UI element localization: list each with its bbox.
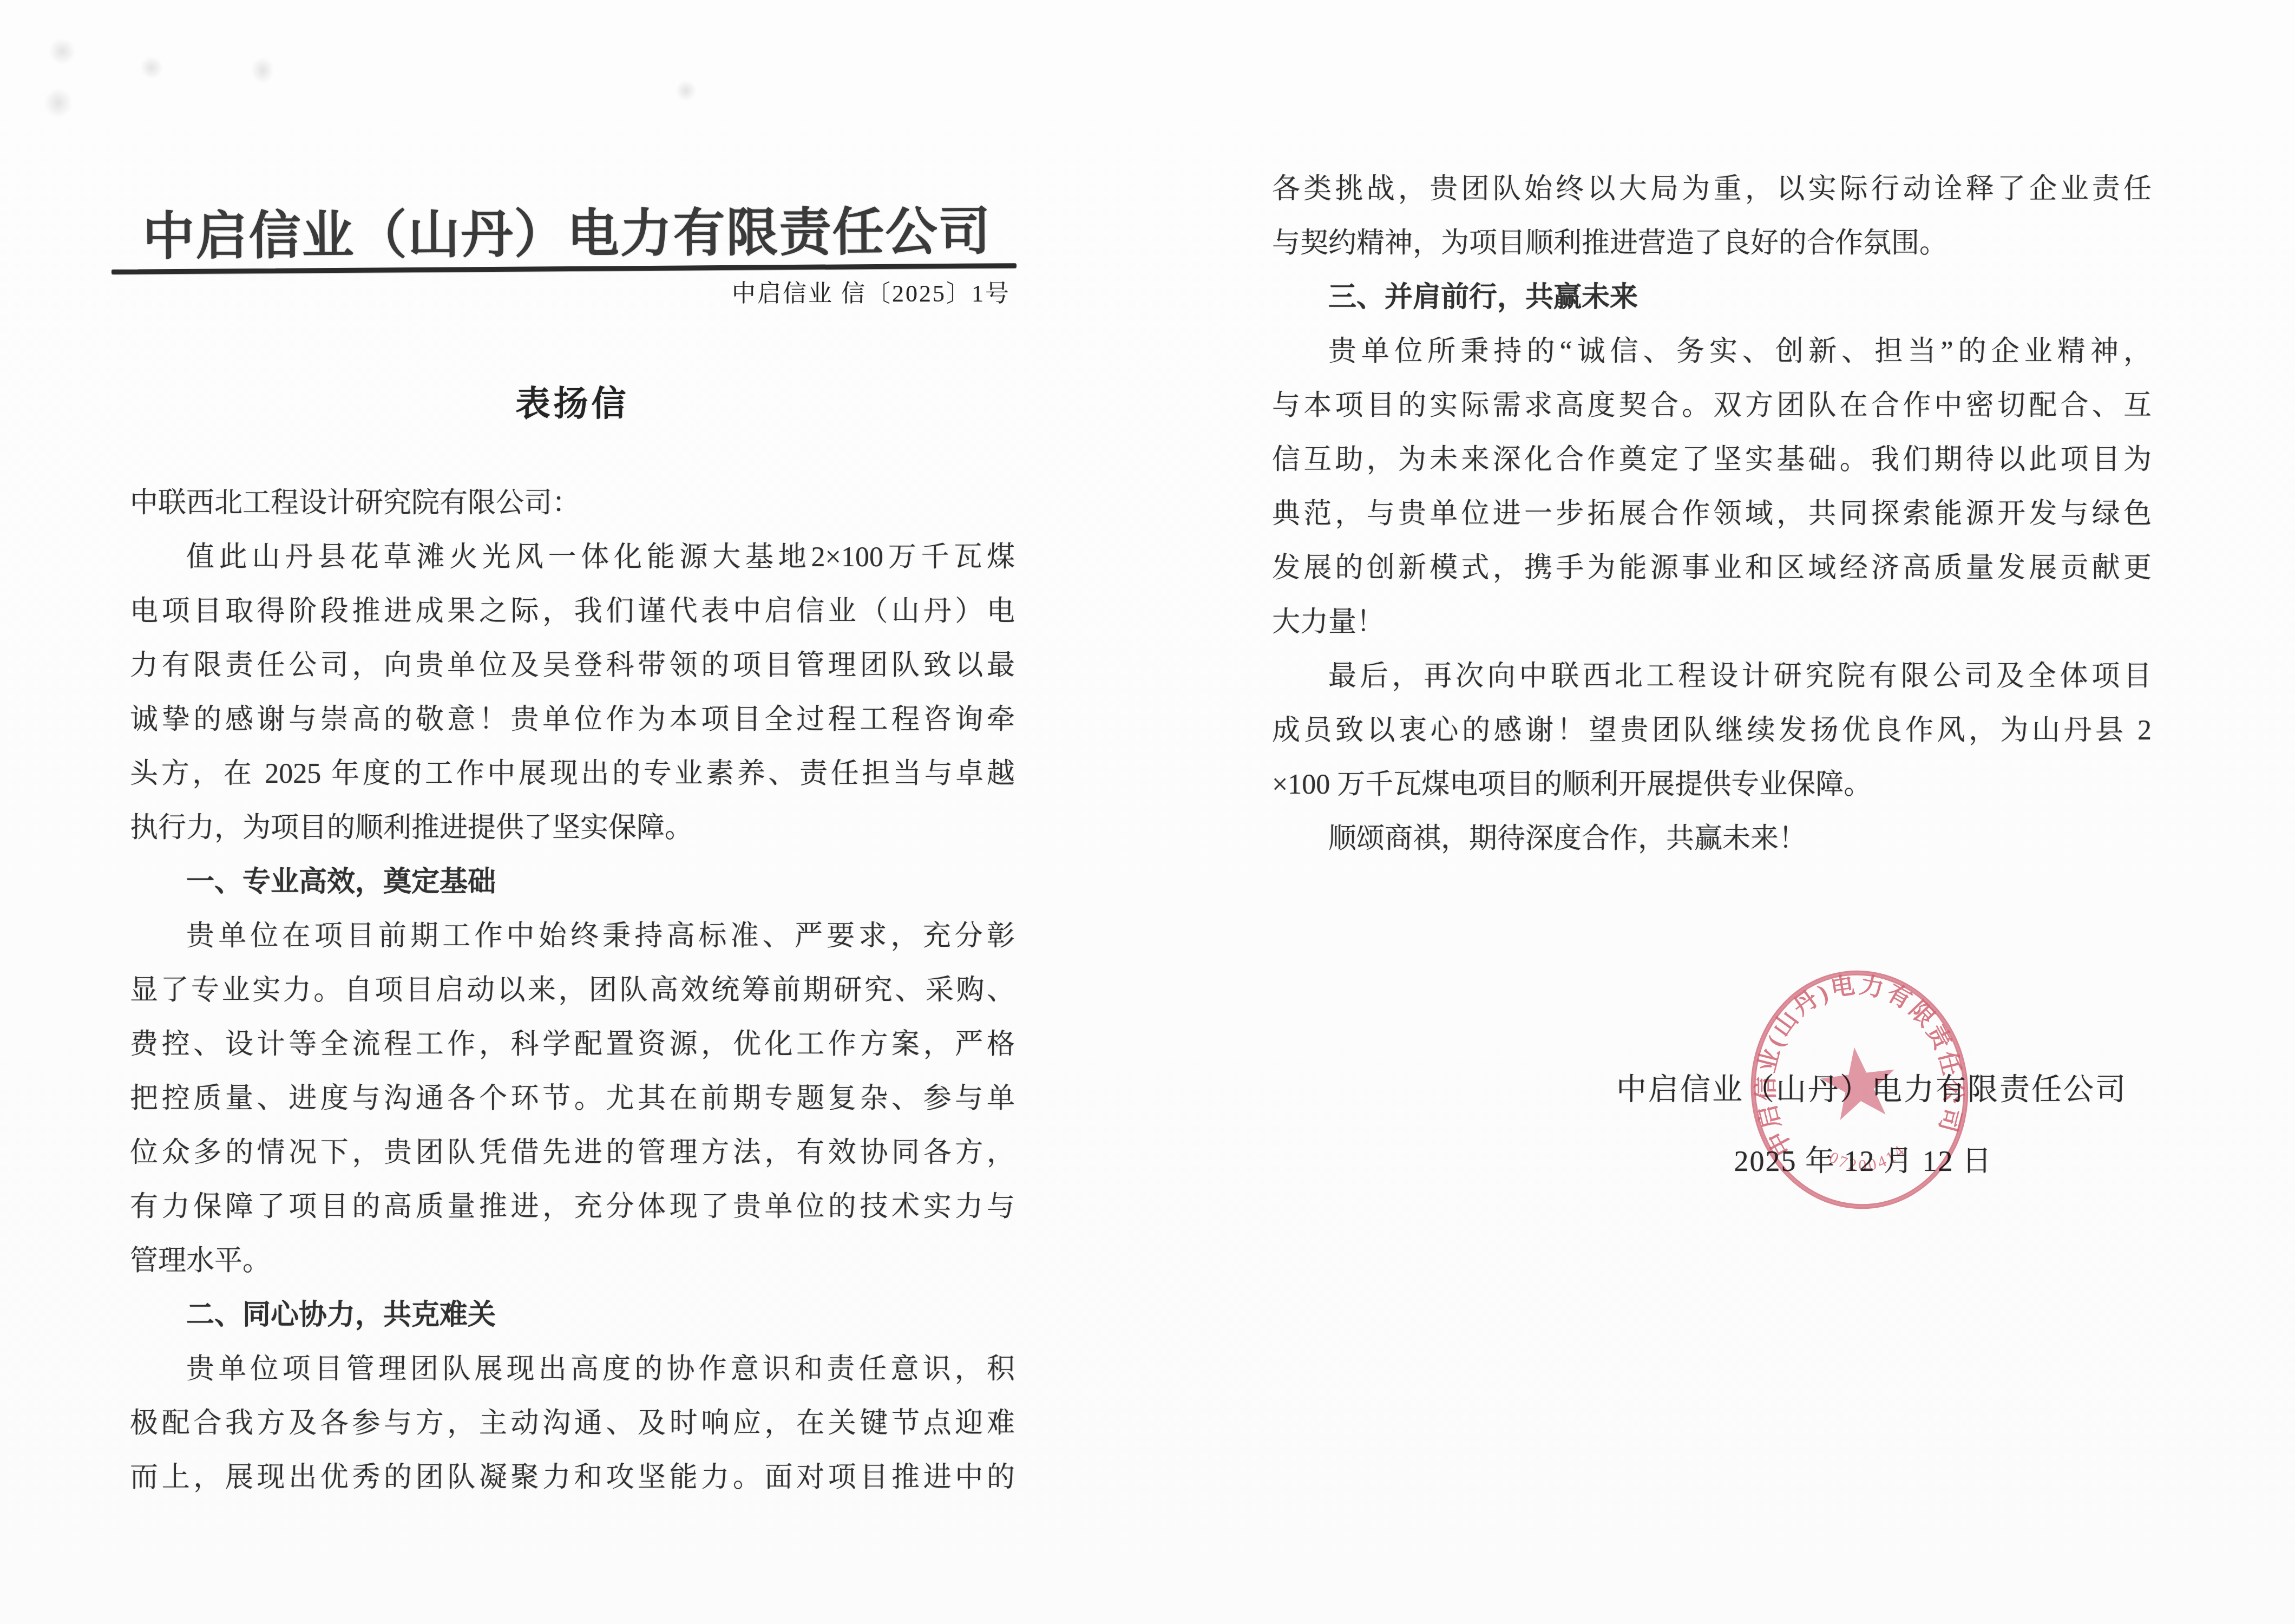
letter-title: 表扬信 <box>130 376 1015 425</box>
body-line: 与契约精神，为项目顺利推进营造了良好的合作氛围。 <box>1272 217 2152 271</box>
company-seal: 中启信业(山丹)电力有限责任公司 620720041457 <box>1726 949 1994 1236</box>
body-line: 而上，展现出优秀的团队凝聚力和攻坚能力。面对项目推进中的 <box>130 1451 1015 1505</box>
scan-smudge <box>38 81 78 125</box>
scanned-letter-sheet: 中启信业（山丹）电力有限责任公司 中启信业 信〔2025〕1号 表扬信 中联西北… <box>0 0 2295 1624</box>
seal-graphics: 中启信业(山丹)电力有限责任公司 620720041457 <box>1726 949 1980 1221</box>
body-line: 发展的创新模式，携手为能源事业和区域经济高质量发展贡献更 <box>1272 541 2152 595</box>
section-heading: 二、同心协力，共克难关 <box>130 1288 1015 1343</box>
body-line: 与本项目的实际需求高度契合。双方团队在合作中密切配合、互 <box>1272 379 2152 433</box>
body-line: 贵单位项目管理团队展现出高度的协作意识和责任意识，积 <box>130 1343 1015 1397</box>
letter-body-page-1: 中联西北工程设计研究院有限公司：值此山丹县花草滩火光风一体化能源大基地2×100… <box>130 476 1015 1505</box>
body-line: 顺颂商祺，期待深度合作，共赢未来！ <box>1272 812 2152 866</box>
body-line: 大力量！ <box>1272 595 2152 650</box>
letter-page-2: 各类挑战，贵团队始终以大局为重，以实际行动诠释了企业责任与契约精神，为项目顺利推… <box>1272 0 2152 1624</box>
document-number: 中启信业 信〔2025〕1号 <box>732 274 1011 309</box>
letter-body-page-2: 各类挑战，贵团队始终以大局为重，以实际行动诠释了企业责任与契约精神，为项目顺利推… <box>1272 162 2152 866</box>
scan-smudge <box>43 32 81 70</box>
body-line: 中联西北工程设计研究院有限公司： <box>130 476 1015 531</box>
body-line: ×100 万千瓦煤电项目的顺利开展提供专业保障。 <box>1272 758 2152 812</box>
body-line: 显了专业实力。自项目启动以来，团队高效统筹前期研究、采购、 <box>130 964 1015 1018</box>
body-line: 各类挑战，贵团队始终以大局为重，以实际行动诠释了企业责任 <box>1272 162 2152 217</box>
body-line: 有力保障了项目的高质量推进，充分体现了贵单位的技术实力与 <box>130 1180 1015 1234</box>
body-line: 诚挚的感谢与崇高的敬意！贵单位作为本项目全过程工程咨询牵 <box>130 693 1015 747</box>
body-line: 位众多的情况下，贵团队凭借先进的管理方法，有效协同各方， <box>130 1126 1015 1180</box>
letter-page-1: 中启信业（山丹）电力有限责任公司 中启信业 信〔2025〕1号 表扬信 中联西北… <box>130 0 1015 1624</box>
body-line: 执行力，为项目的顺利推进提供了坚实保障。 <box>130 801 1015 855</box>
body-line: 力有限责任公司，向贵单位及吴登科带领的项目管理团队致以最 <box>130 639 1015 693</box>
body-line: 管理水平。 <box>130 1234 1015 1288</box>
body-line: 电项目取得阶段推进成果之际，我们谨代表中启信业（山丹）电 <box>130 585 1015 639</box>
body-line: 典范，与贵单位进一步拓展合作领域，共同探索能源开发与绿色 <box>1272 487 2152 541</box>
body-line: 极配合我方及各参与方，主动沟通、及时响应，在关键节点迎难 <box>130 1397 1015 1451</box>
letterhead-company-name: 中启信业（山丹）电力有限责任公司 <box>116 190 1018 270</box>
body-line: 费控、设计等全流程工作，科学配置资源，优化工作方案，严格 <box>130 1018 1015 1072</box>
body-line: 成员致以衷心的感谢！望贵团队继续发扬优良作风，为山丹县 2 <box>1272 704 2152 758</box>
body-line: 贵单位所秉持的“诚信、务实、创新、担当”的企业精神， <box>1272 325 2152 379</box>
section-heading: 三、并肩前行，共赢未来 <box>1272 271 2152 325</box>
body-line: 头方，在 2025 年度的工作中展现出的专业素养、责任担当与卓越 <box>130 747 1015 801</box>
body-line: 贵单位在项目前期工作中始终秉持高标准、严要求，充分彰 <box>130 909 1015 964</box>
section-heading: 一、专业高效，奠定基础 <box>130 855 1015 909</box>
body-line: 最后，再次向中联西北工程设计研究院有限公司及全体项目 <box>1272 650 2152 704</box>
seal-star <box>1818 1043 1900 1122</box>
body-line: 把控质量、进度与沟通各个环节。尤其在前期专题复杂、参与单 <box>130 1072 1015 1126</box>
body-line: 信互助，为未来深化合作奠定了坚实基础。我们期待以此项目为 <box>1272 433 2152 487</box>
body-line: 值此山丹县花草滩火光风一体化能源大基地2×100万千瓦煤 <box>130 531 1015 585</box>
